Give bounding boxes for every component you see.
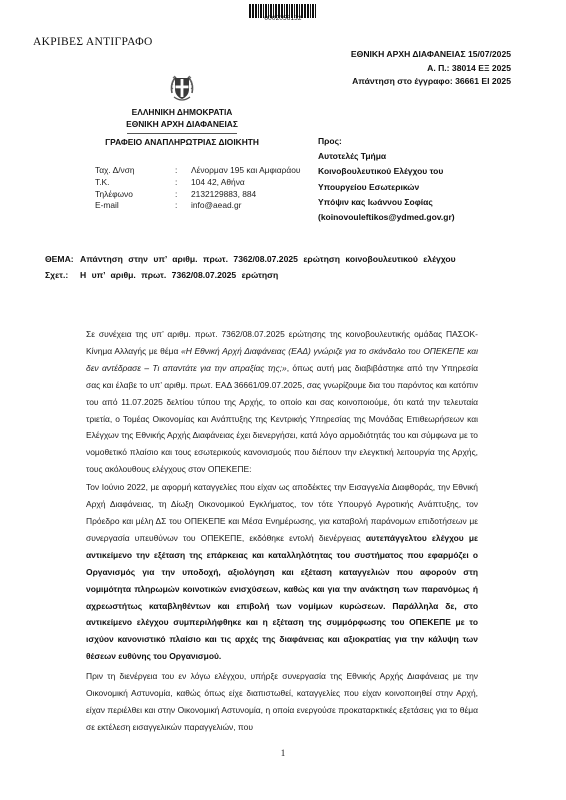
contact-separator: : bbox=[175, 165, 191, 177]
paragraph-text: , όπως αυτή μας διαβιβάστηκε από την Υπη… bbox=[86, 363, 478, 474]
subject-label: ΘΕΜΑ: bbox=[45, 251, 80, 267]
contact-label: Τηλέφωνο bbox=[95, 189, 175, 201]
recipient-line: Αυτοτελές Τμήμα bbox=[318, 149, 455, 164]
barcode-number: 0002056132 bbox=[249, 15, 317, 22]
audit-scope-emphasis: αυτεπάγγελτου ελέγχου με αντικείμενο την… bbox=[86, 533, 478, 661]
paragraph-3: Πριν τη διενέργεια του εν λόγω ελέγχου, … bbox=[86, 668, 478, 736]
contact-value: 104 42, Αθήνα bbox=[191, 177, 245, 189]
recipient-block: Προς: Αυτοτελές Τμήμα Κοινοβουλευτικού Ε… bbox=[318, 134, 455, 225]
page-number: 1 bbox=[0, 748, 566, 758]
paragraph-1: Σε συνέχεια της υπ’ αριθμ. πρωτ. 7362/08… bbox=[86, 326, 478, 478]
recipient-line: Κοινοβουλευτικού Ελέγχου του bbox=[318, 164, 455, 179]
contact-row-email: E-mail : info@aead.gr bbox=[95, 200, 300, 212]
org-republic: ΕΛΛΗΝΙΚΗ ΔΗΜΟΚΡΑΤΙΑ bbox=[102, 107, 262, 119]
contact-separator: : bbox=[175, 177, 191, 189]
reply-reference: Απάντηση στο έγγραφο: 36661 ΕΙ 2025 bbox=[351, 75, 511, 89]
greek-coat-of-arms-icon bbox=[168, 73, 196, 103]
org-divider bbox=[127, 133, 237, 134]
reference-row: Σχετ.: Η υπ’ αριθμ. πρωτ. 7362/08.07.202… bbox=[45, 267, 515, 283]
recipient-line: Υπουργείου Εσωτερικών bbox=[318, 180, 455, 195]
recipient-heading: Προς: bbox=[318, 134, 455, 149]
contact-value: 2132129883, 884 bbox=[191, 189, 256, 201]
contact-label: Ταχ. Δ/νση bbox=[95, 165, 175, 177]
issuing-organization: ΕΛΛΗΝΙΚΗ ΔΗΜΟΚΡΑΤΙΑ ΕΘΝΙΚΗ ΑΡΧΗ ΔΙΑΦΑΝΕΙ… bbox=[102, 107, 262, 149]
contact-details: Ταχ. Δ/νση : Λένορμαν 195 και Αμφιαράου … bbox=[95, 165, 300, 212]
certified-copy-label: ΑΚΡΙΒΕΣ ΑΝΤΙΓΡΑΦΟ bbox=[33, 36, 153, 48]
protocol-number: Α. Π.: 38014 ΕΞ 2025 bbox=[351, 62, 511, 76]
contact-value: Λένορμαν 195 και Αμφιαράου bbox=[191, 165, 300, 177]
contact-label: E-mail bbox=[95, 200, 175, 212]
contact-row-address: Ταχ. Δ/νση : Λένορμαν 195 και Αμφιαράου bbox=[95, 165, 300, 177]
contact-label: Τ.Κ. bbox=[95, 177, 175, 189]
reference-label: Σχετ.: bbox=[45, 267, 80, 283]
subject-block: ΘΕΜΑ: Απάντηση στην υπ’ αριθμ. πρωτ. 736… bbox=[45, 251, 515, 283]
subject-text: Απάντηση στην υπ’ αριθμ. πρωτ. 7362/08.0… bbox=[80, 251, 515, 267]
contact-email[interactable]: info@aead.gr bbox=[191, 200, 241, 212]
contact-row-phone: Τηλέφωνο : 2132129883, 884 bbox=[95, 189, 300, 201]
org-authority: ΕΘΝΙΚΗ ΑΡΧΗ ΔΙΑΦΑΝΕΙΑΣ bbox=[102, 119, 262, 131]
contact-row-postcode: Τ.Κ. : 104 42, Αθήνα bbox=[95, 177, 300, 189]
reference-text: Η υπ’ αριθμ. πρωτ. 7362/08.07.2025 ερώτη… bbox=[80, 267, 515, 283]
contact-separator: : bbox=[175, 189, 191, 201]
contact-separator: : bbox=[175, 200, 191, 212]
recipient-line: Υπόψιν κας Ιωάννου Σοφίας bbox=[318, 195, 455, 210]
protocol-info: ΕΘΝΙΚΗ ΑΡΧΗ ΔΙΑΦΑΝΕΙΑΣ 15/07/2025 Α. Π.:… bbox=[351, 48, 511, 89]
org-office: ΓΡΑΦΕΙΟ ΑΝΑΠΛΗΡΩΤΡΙΑΣ ΔΙΟΙΚΗΤΗ bbox=[102, 137, 262, 149]
recipient-email[interactable]: (koinovouleftikos@ydmed.gov.gr) bbox=[318, 210, 455, 225]
letter-body: Σε συνέχεια της υπ’ αριθμ. πρωτ. 7362/08… bbox=[86, 326, 478, 739]
paragraph-2: Τον Ιούνιο 2022, με αφορμή καταγγελίες π… bbox=[86, 479, 478, 665]
authority-date: ΕΘΝΙΚΗ ΑΡΧΗ ΔΙΑΦΑΝΕΙΑΣ 15/07/2025 bbox=[351, 48, 511, 62]
subject-row: ΘΕΜΑ: Απάντηση στην υπ’ αριθμ. πρωτ. 736… bbox=[45, 251, 515, 267]
